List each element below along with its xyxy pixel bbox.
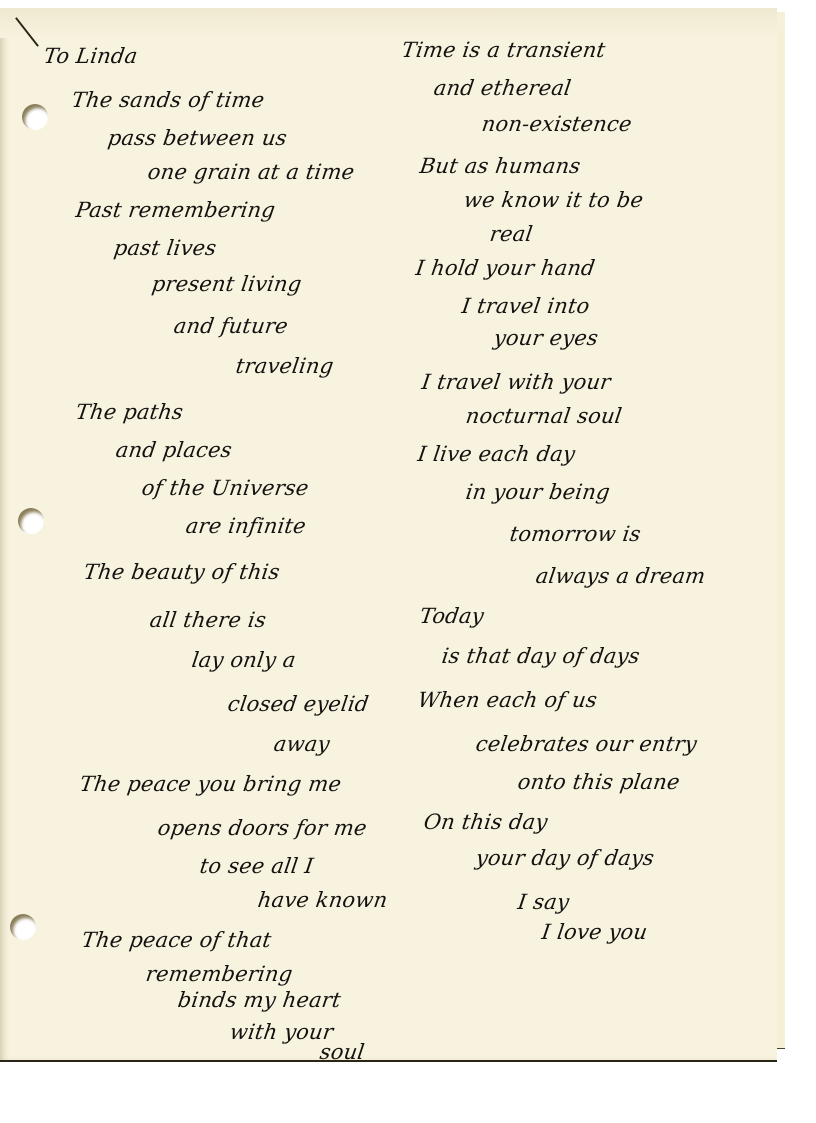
- poem-line: have known: [256, 888, 389, 912]
- poem-line: soul: [318, 1040, 366, 1064]
- poem-line: onto this plane: [516, 770, 681, 794]
- poem-line: of the Universe: [140, 476, 310, 500]
- poem-line: I live each day: [416, 442, 576, 466]
- binder-hole-middle: [18, 508, 44, 534]
- poem-title: To Linda: [42, 44, 139, 68]
- poem-line: Time is a transient: [400, 38, 607, 62]
- poem-line: I love you: [540, 920, 649, 944]
- poem-line: celebrates our entry: [474, 732, 698, 756]
- poem-line: nocturnal soul: [464, 404, 623, 428]
- poem-line: is that day of days: [440, 644, 641, 668]
- paper-sheet: To Linda The sands of time pass between …: [0, 8, 777, 1062]
- poem-line: opens doors for me: [156, 816, 368, 840]
- poem-line: I say: [516, 890, 571, 914]
- poem-line: your eyes: [492, 326, 599, 350]
- poem-line: The peace you bring me: [78, 772, 343, 796]
- poem-line: I hold your hand: [414, 256, 596, 280]
- poem-line: all there is: [148, 608, 267, 632]
- poem-line: On this day: [422, 810, 549, 834]
- poem-line: are infinite: [184, 514, 307, 538]
- poem-line: non-existence: [480, 112, 633, 136]
- poem-line: The peace of that: [80, 928, 273, 952]
- poem-line: past lives: [112, 236, 218, 260]
- poem-line: one grain at a time: [146, 160, 356, 184]
- poem-line: I travel into: [460, 294, 591, 318]
- poem-line: But as humans: [418, 154, 582, 178]
- poem-line: closed eyelid: [226, 692, 370, 716]
- poem-line: I travel with your: [420, 370, 612, 394]
- poem-line: your day of days: [474, 846, 656, 870]
- poem-line: with your: [228, 1020, 335, 1044]
- poem-line: tomorrow is: [508, 522, 642, 546]
- poem-line: Today: [418, 604, 485, 628]
- poem-line: binds my heart: [176, 988, 342, 1012]
- poem-line: traveling: [234, 354, 335, 378]
- top-fold: [0, 8, 777, 38]
- poem-line: pass between us: [106, 126, 288, 150]
- poem-line: When each of us: [416, 688, 598, 712]
- poem-line: The sands of time: [70, 88, 266, 112]
- poem-line: and ethereal: [432, 76, 572, 100]
- poem-line: present living: [150, 272, 303, 296]
- poem-line: and future: [172, 314, 289, 338]
- poem-line: away: [272, 732, 331, 756]
- poem-line: always a dream: [534, 564, 707, 588]
- poem-line: in your being: [464, 480, 611, 504]
- poem-line: lay only a: [190, 648, 297, 672]
- poem-line: Past remembering: [74, 198, 276, 222]
- poem-line: we know it to be: [462, 188, 645, 212]
- poem-line: and places: [114, 438, 233, 462]
- binder-hole-bottom: [10, 914, 36, 940]
- poem-line: The paths: [74, 400, 185, 424]
- binder-hole-top: [22, 104, 48, 130]
- poem-line: remembering: [144, 962, 294, 986]
- poem-line: The beauty of this: [82, 560, 281, 584]
- poem-line: real: [488, 222, 534, 246]
- poem-line: to see all I: [198, 854, 315, 878]
